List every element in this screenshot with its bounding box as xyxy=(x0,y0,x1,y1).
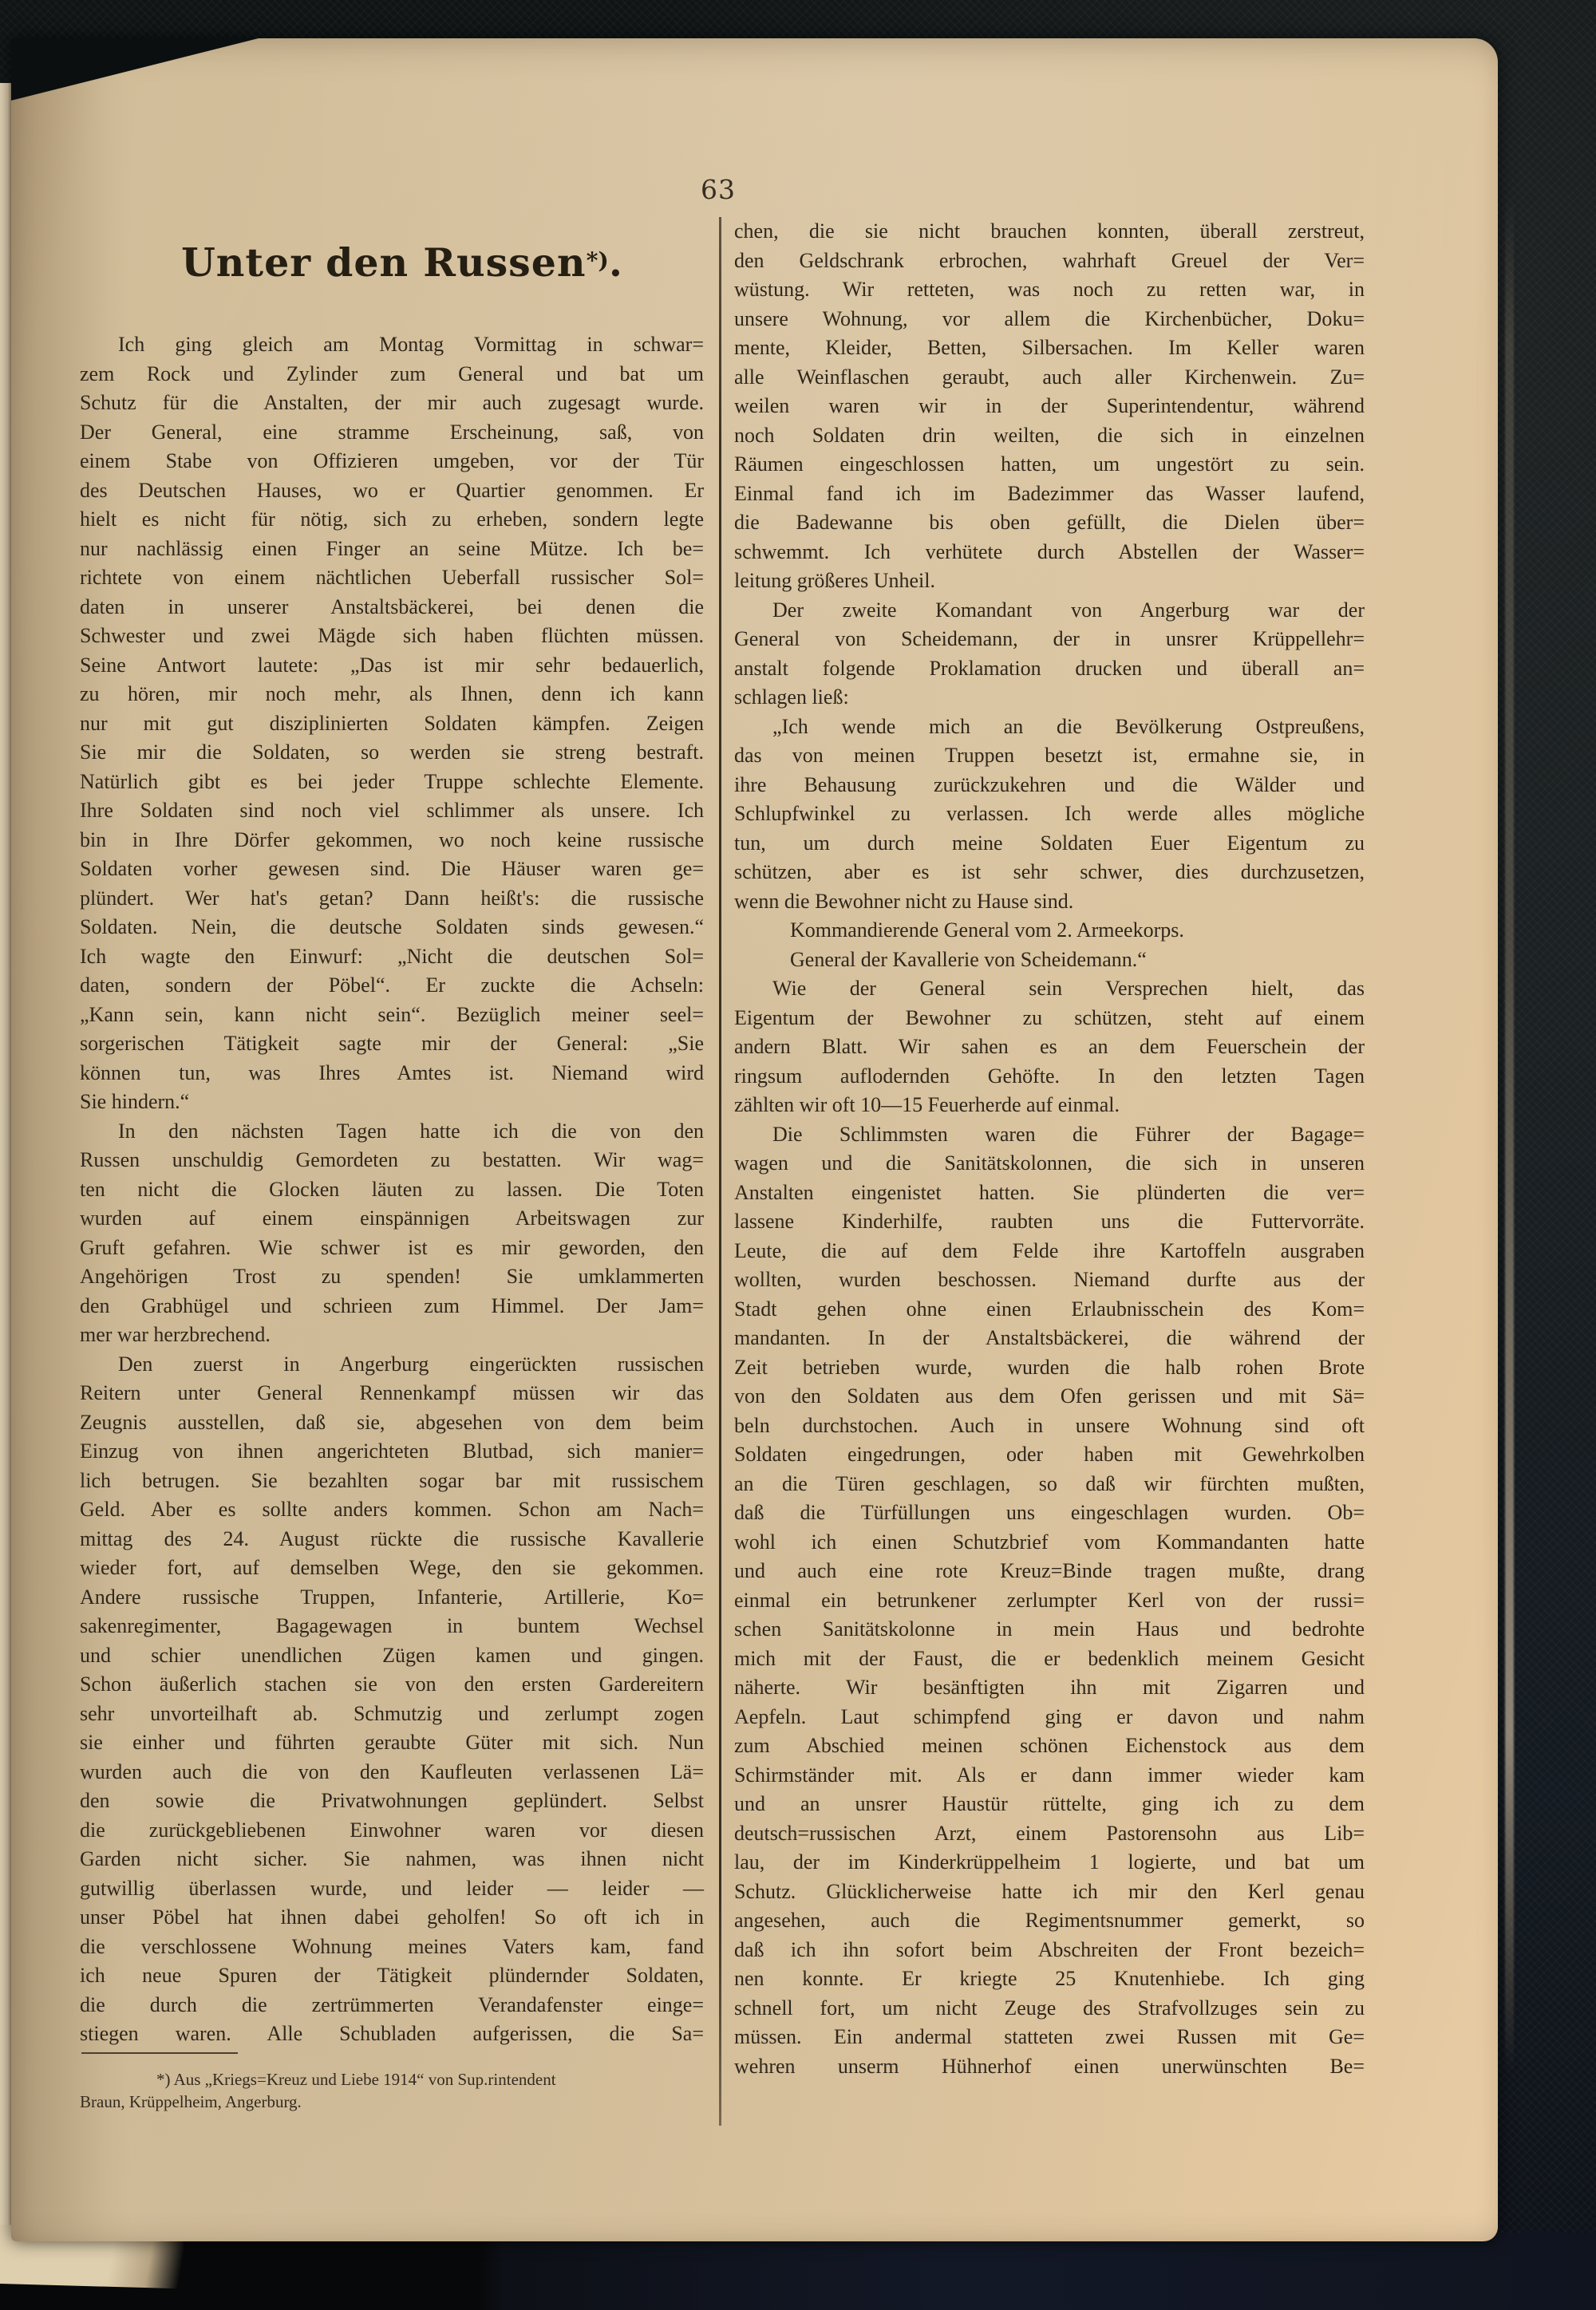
text-line: schlagen ließ: xyxy=(734,683,1365,713)
text-line: Eigentum der Bewohner zu schützen, steht… xyxy=(734,1004,1365,1033)
article-title: Unter den Russen*). xyxy=(80,239,704,286)
text-line: den sowie die Privatwohnungen geplündert… xyxy=(80,1787,704,1816)
text-line: Räumen eingeschlossen hatten, um ungestö… xyxy=(734,450,1365,480)
text-line: stiegen waren. Alle Schubladen aufgeriss… xyxy=(80,2020,704,2049)
text-line: Die Schlimmsten waren die Führer der Bag… xyxy=(734,1120,1365,1150)
text-line: gutwillig überlassen wurde, und leider —… xyxy=(80,1874,704,1904)
footnote-line: Braun, Krüppelheim, Angerburg. xyxy=(80,2091,710,2113)
text-line: Den zuerst in Angerburg eingerückten rus… xyxy=(80,1350,704,1380)
text-line: angesehen, auch die Regimentsnummer geme… xyxy=(734,1906,1365,1936)
text-line: Schutz. Glücklicherweise hatte ich mir d… xyxy=(734,1878,1365,1907)
text-line: „Ich wende mich an die Bevölkerung Ostpr… xyxy=(734,713,1365,742)
text-line: Wie der General sein Versprechen hielt, … xyxy=(734,974,1365,1004)
text-line: General der Kavallerie von Scheidemann.“ xyxy=(734,946,1365,975)
text-line: Sie hindern.“ xyxy=(80,1088,704,1117)
text-line: Geld. Aber es sollte anders kommen. Scho… xyxy=(80,1495,704,1525)
text-line: Anstalten eingenistet hatten. Sie plünde… xyxy=(734,1179,1365,1208)
text-line: wurden auch die von den Kaufleuten verla… xyxy=(80,1758,704,1787)
article-title-text: Unter den Russen xyxy=(181,239,586,286)
text-line: Soldaten. Nein, die deutsche Soldaten si… xyxy=(80,913,704,942)
text-line: unser Pöbel hat ihnen dabei geholfen! So… xyxy=(80,1903,704,1933)
text-line: Gruft gefahren. Wie schwer ist es mir ge… xyxy=(80,1234,704,1263)
text-line: daten, sondern der Pöbel“. Er zuckte die… xyxy=(80,971,704,1001)
text-line: Andere russische Truppen, Infanterie, Ar… xyxy=(80,1583,704,1613)
text-line: wohl ich einen Schutzbrief vom Kommandan… xyxy=(734,1528,1365,1558)
text-line: alle Weinflaschen geraubt, auch aller Ki… xyxy=(734,363,1365,393)
text-line: die durch die zertrümmerten Verandafenst… xyxy=(80,1991,704,2020)
text-line: können tun, was Ihres Amtes ist. Niemand… xyxy=(80,1059,704,1088)
text-line: In den nächsten Tagen hatte ich die von … xyxy=(80,1117,704,1147)
text-line: näherte. Wir besänftigten ihn mit Zigarr… xyxy=(734,1673,1365,1703)
text-line: lau, der im Kinderkrüppelheim 1 logierte… xyxy=(734,1848,1365,1878)
text-line: ringsum auflodernden Gehöfte. In den let… xyxy=(734,1062,1365,1092)
text-line: sorgerischen Tätigkeit sagte mir der Gen… xyxy=(80,1029,704,1059)
text-line: deutsch=russischen Arzt, einem Pastorens… xyxy=(734,1819,1365,1849)
text-line: müssen. Ein andermal statteten zwei Russ… xyxy=(734,2023,1365,2052)
text-line: Sie mir die Soldaten, so werden sie stre… xyxy=(80,738,704,768)
text-line: zum Abschied meinen schönen Eichenstock … xyxy=(734,1732,1365,1761)
text-line: die verschlossene Wohnung meines Vaters … xyxy=(80,1933,704,1962)
text-line: Leute, die auf dem Felde ihre Kartoffeln… xyxy=(734,1237,1365,1266)
text-line: die Badewanne bis oben gefüllt, die Diel… xyxy=(734,508,1365,538)
text-line: anstalt folgende Proklamation drucken un… xyxy=(734,654,1365,684)
text-line: Soldaten eingedrungen, oder haben mit Ge… xyxy=(734,1440,1365,1470)
page-corner-shadow xyxy=(11,38,259,101)
text-line: unsere Wohnung, vor allem die Kirchenbüc… xyxy=(734,305,1365,334)
text-line: Ihre Soldaten sind noch viel schlimmer a… xyxy=(80,796,704,826)
text-line: beln durchstochen. Auch in unsere Wohnun… xyxy=(734,1412,1365,1441)
text-line: die zurückgebliebenen Einwohner waren vo… xyxy=(80,1816,704,1846)
text-line: zählten wir oft 10—15 Feuerherde auf ein… xyxy=(734,1091,1365,1120)
text-line: den Grabhügel und schrieen zum Himmel. D… xyxy=(80,1292,704,1321)
text-line: noch Soldaten drin weilten, die sich in … xyxy=(734,421,1365,451)
text-line: einem Stabe von Offizieren umgeben, vor … xyxy=(80,447,704,476)
text-line: mich mit der Faust, die er bedenklich me… xyxy=(734,1645,1365,1674)
footnote: *) Aus „Kriegs=Kreuz und Liebe 1914“ von… xyxy=(80,2068,710,2113)
text-line: schen Sanitätskolonne in mein Haus und b… xyxy=(734,1615,1365,1645)
text-line: Russen unschuldig Gemordeten zu bestatte… xyxy=(80,1146,704,1175)
text-line: wurden auf einem einspännigen Arbeitswag… xyxy=(80,1204,704,1234)
column-left: Ich ging gleich am Montag Vormittag in s… xyxy=(80,330,704,2049)
text-line: richtete von einem nächtlichen Ueberfall… xyxy=(80,563,704,593)
text-line: Einmal fand ich im Badezimmer das Wasser… xyxy=(734,480,1365,509)
text-line: Der zweite Komandant von Angerburg war d… xyxy=(734,596,1365,626)
text-line: und an unsrer Haustür rüttelte, ging ich… xyxy=(734,1790,1365,1819)
text-line: „Kann sein, kann nicht sein“. Bezüglich … xyxy=(80,1001,704,1030)
text-line: plündert. Wer hat's getan? Dann heißt's:… xyxy=(80,884,704,914)
text-line: Kommandierende General vom 2. Armeekorps… xyxy=(734,916,1365,946)
text-line: mente, Kleider, Betten, Silbersachen. Im… xyxy=(734,334,1365,363)
text-line: nur nachlässig einen Finger an seine Müt… xyxy=(80,535,704,564)
text-line: an die Türen geschlagen, so daß wir fürc… xyxy=(734,1470,1365,1499)
text-line: Ich ging gleich am Montag Vormittag in s… xyxy=(80,330,704,360)
cover-bottom-band xyxy=(0,2233,1596,2310)
text-line: chen, die sie nicht brauchen konnten, üb… xyxy=(734,217,1365,247)
text-line: den Geldschrank erbrochen, wahrhaft Greu… xyxy=(734,247,1365,276)
text-line: schützen, aber es ist sehr schwer, dies … xyxy=(734,858,1365,887)
text-line: schnell fort, um nicht Zeuge des Strafvo… xyxy=(734,1994,1365,2024)
text-line: daß die Türfüllungen uns eingeschlagen w… xyxy=(734,1499,1365,1528)
text-line: Garden nicht sicher. Sie nahmen, was ihn… xyxy=(80,1845,704,1874)
text-line: Zeit betrieben wurde, wurden die halb ro… xyxy=(734,1353,1365,1383)
text-line: bin in Ihre Dörfer gekommen, wo noch kei… xyxy=(80,826,704,855)
text-line: und schier unendlichen Zügen kamen und g… xyxy=(80,1641,704,1671)
text-line: andern Blatt. Wir sahen es an dem Feuers… xyxy=(734,1033,1365,1062)
text-line: Seine Antwort lautete: „Das ist mir sehr… xyxy=(80,651,704,681)
text-line: Zeugnis ausstellen, daß sie, abgesehen v… xyxy=(80,1408,704,1438)
text-line: mittag des 24. August rückte die russisc… xyxy=(80,1525,704,1554)
text-line: einmal ein betrunkener zerlumpter Kerl v… xyxy=(734,1586,1365,1616)
text-line: nen konnte. Er kriegte 25 Knutenhiebe. I… xyxy=(734,1964,1365,1994)
text-line: Natürlich gibt es bei jeder Truppe schle… xyxy=(80,768,704,797)
text-line: wehren unserm Hühnerhof einen unerwünsch… xyxy=(734,2052,1365,2082)
text-line: wenn die Bewohner nicht zu Hause sind. xyxy=(734,887,1365,917)
text-line: sie einher und führten geraubte Güter mi… xyxy=(80,1728,704,1758)
text-line: Schirmständer mit. Als er dann immer wie… xyxy=(734,1761,1365,1791)
text-line: nur mit gut disziplinierten Soldaten käm… xyxy=(80,709,704,739)
cover-worn-streak xyxy=(1505,192,1514,2075)
text-line: und auch eine rote Kreuz=Binde tragen mu… xyxy=(734,1557,1365,1586)
text-line: weilen waren wir in der Superintendentur… xyxy=(734,392,1365,421)
text-line: Aepfeln. Laut schimpfend ging er davon u… xyxy=(734,1703,1365,1732)
text-line: Reitern unter General Rennenkampf müssen… xyxy=(80,1379,704,1408)
footnote-line: *) Aus „Kriegs=Kreuz und Liebe 1914“ von… xyxy=(80,2068,710,2091)
text-line: Schon äußerlich stachen sie von den erst… xyxy=(80,1670,704,1700)
text-line: hielt es nicht für nötig, sich zu erhebe… xyxy=(80,505,704,535)
text-line: von den Soldaten aus dem Ofen gerissen u… xyxy=(734,1382,1365,1412)
column-divider-rule xyxy=(719,217,721,2126)
title-period: . xyxy=(609,239,623,286)
text-line: wagen und die Sanitätskolonnen, die sich… xyxy=(734,1149,1365,1179)
text-line: Schutz für die Anstalten, der mir auch z… xyxy=(80,389,704,418)
text-line: lich betrugen. Sie bezahlten sogar bar m… xyxy=(80,1467,704,1496)
text-line: mer war herzbrechend. xyxy=(80,1321,704,1350)
text-line: Angehörigen Trost zu spenden! Sie umklam… xyxy=(80,1262,704,1292)
text-line: Schlupfwinkel zu verlassen. Ich werde al… xyxy=(734,800,1365,829)
text-line: lassene Kinderhilfe, raubten uns die Fut… xyxy=(734,1207,1365,1237)
text-line: General von Scheidemann, der in unsrer K… xyxy=(734,625,1365,654)
text-line: Soldaten vorher gewesen sind. Die Häuser… xyxy=(80,855,704,884)
text-line: ten nicht die Glocken läuten zu lassen. … xyxy=(80,1175,704,1205)
text-line: Einzug von ihnen angerichteten Blutbad, … xyxy=(80,1437,704,1467)
text-line: zem Rock und Zylinder zum General und ba… xyxy=(80,360,704,389)
text-line: Ich wagte den Einwurf: „Nicht die deutsc… xyxy=(80,942,704,972)
text-line: ich neue Spuren der Tätigkeit plündernde… xyxy=(80,1961,704,1991)
text-line: leitung größeres Unheil. xyxy=(734,567,1365,596)
text-line: zu hören, mir noch mehr, als Ihnen, denn… xyxy=(80,680,704,709)
page-number: 63 xyxy=(678,174,758,205)
text-line: Stadt gehen ohne einen Erlaubnisschein d… xyxy=(734,1295,1365,1325)
text-line: daten in unserer Anstaltsbäckerei, bei d… xyxy=(80,593,704,622)
title-footnote-marker: *) xyxy=(587,247,609,274)
text-line: sehr unvorteilhaft ab. Schmutzig und zer… xyxy=(80,1700,704,1729)
text-line: daß ich ihn sofort beim Abschreiten der … xyxy=(734,1936,1365,1965)
text-line: Der General, eine stramme Erscheinung, s… xyxy=(80,418,704,448)
column-right: chen, die sie nicht brauchen konnten, üb… xyxy=(734,217,1365,2081)
text-line: wüstung. Wir retteten, was noch zu rette… xyxy=(734,275,1365,305)
text-line: sakenregimenter, Bagagewagen in buntem W… xyxy=(80,1612,704,1641)
text-line: tun, um durch meine Soldaten Euer Eigent… xyxy=(734,829,1365,859)
text-line: wieder fort, auf demselben Wege, den sie… xyxy=(80,1554,704,1583)
text-line: des Deutschen Hauses, wo er Quartier gen… xyxy=(80,476,704,506)
text-line: mandanten. In der Anstaltsbäckerei, die … xyxy=(734,1324,1365,1353)
text-line: Schwester und zwei Mägde sich haben flüc… xyxy=(80,622,704,651)
footnote-rule xyxy=(81,2052,238,2054)
text-line: schwemmt. Ich verhütete durch Abstellen … xyxy=(734,538,1365,567)
text-line: das von meinen Truppen besetzt ist, erma… xyxy=(734,741,1365,771)
text-line: ihre Behausung zurückzukehren und die Wä… xyxy=(734,771,1365,800)
text-line: wollten, wurden beschossen. Niemand durf… xyxy=(734,1266,1365,1295)
scanned-page: 63 Unter den Russen*). Ich ging gleich a… xyxy=(11,38,1498,2241)
